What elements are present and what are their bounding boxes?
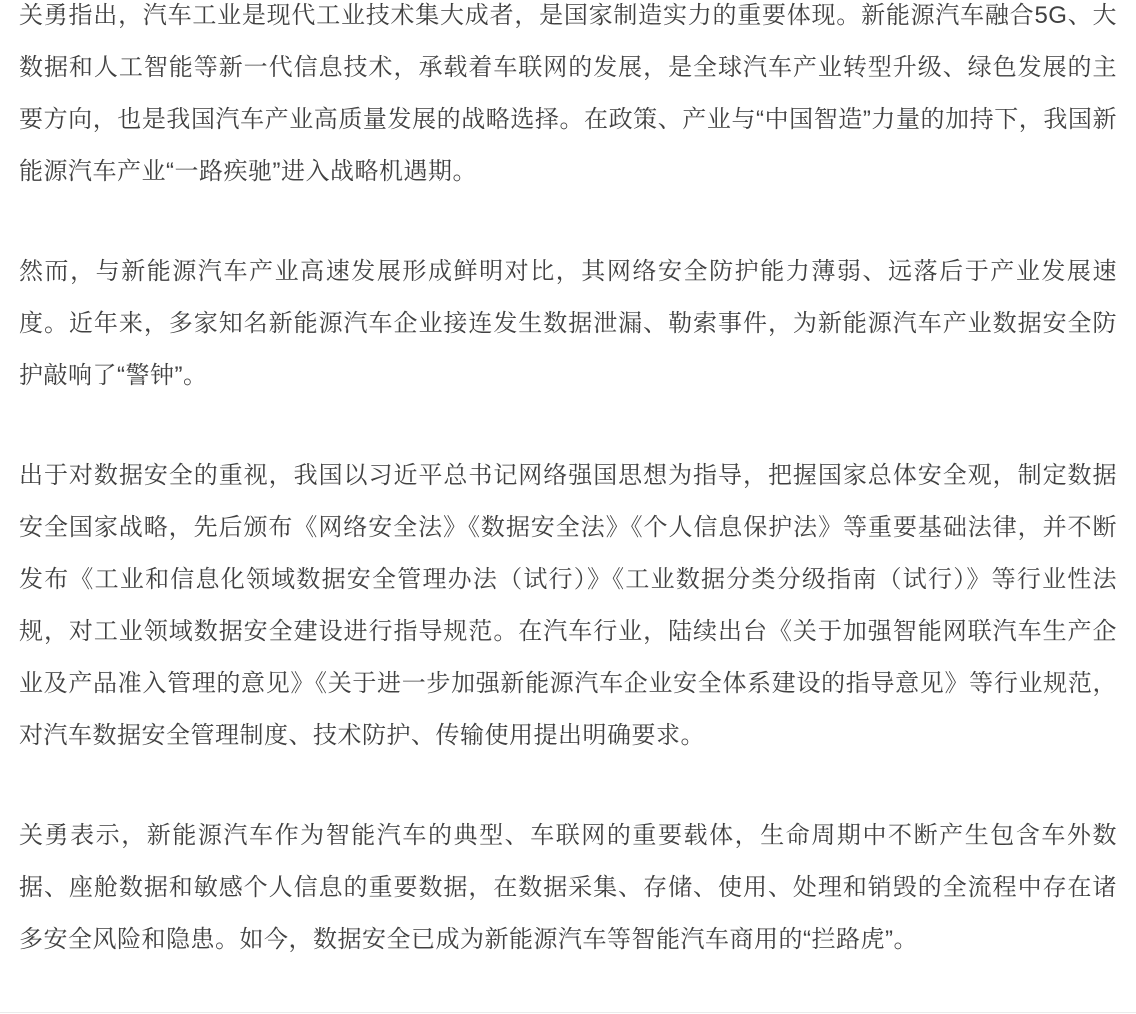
paragraph: 关勇表示，新能源汽车作为智能汽车的典型、车联网的重要载体，生命周期中不断产生包含… [19,810,1117,966]
bottom-divider [0,1012,1136,1013]
paragraph: 出于对数据安全的重视，我国以习近平总书记网络强国思想为指导，把握国家总体安全观，… [19,450,1117,762]
paragraph: 然而，与新能源汽车产业高速发展形成鲜明对比，其网络安全防护能力薄弱、远落后于产业… [19,246,1117,402]
article-body: 关勇指出，汽车工业是现代工业技术集大成者，是国家制造实力的重要体现。新能源汽车融… [0,0,1136,966]
paragraph: 关勇指出，汽车工业是现代工业技术集大成者，是国家制造实力的重要体现。新能源汽车融… [19,0,1117,198]
article-page: 关勇指出，汽车工业是现代工业技术集大成者，是国家制造实力的重要体现。新能源汽车融… [0,0,1136,1014]
